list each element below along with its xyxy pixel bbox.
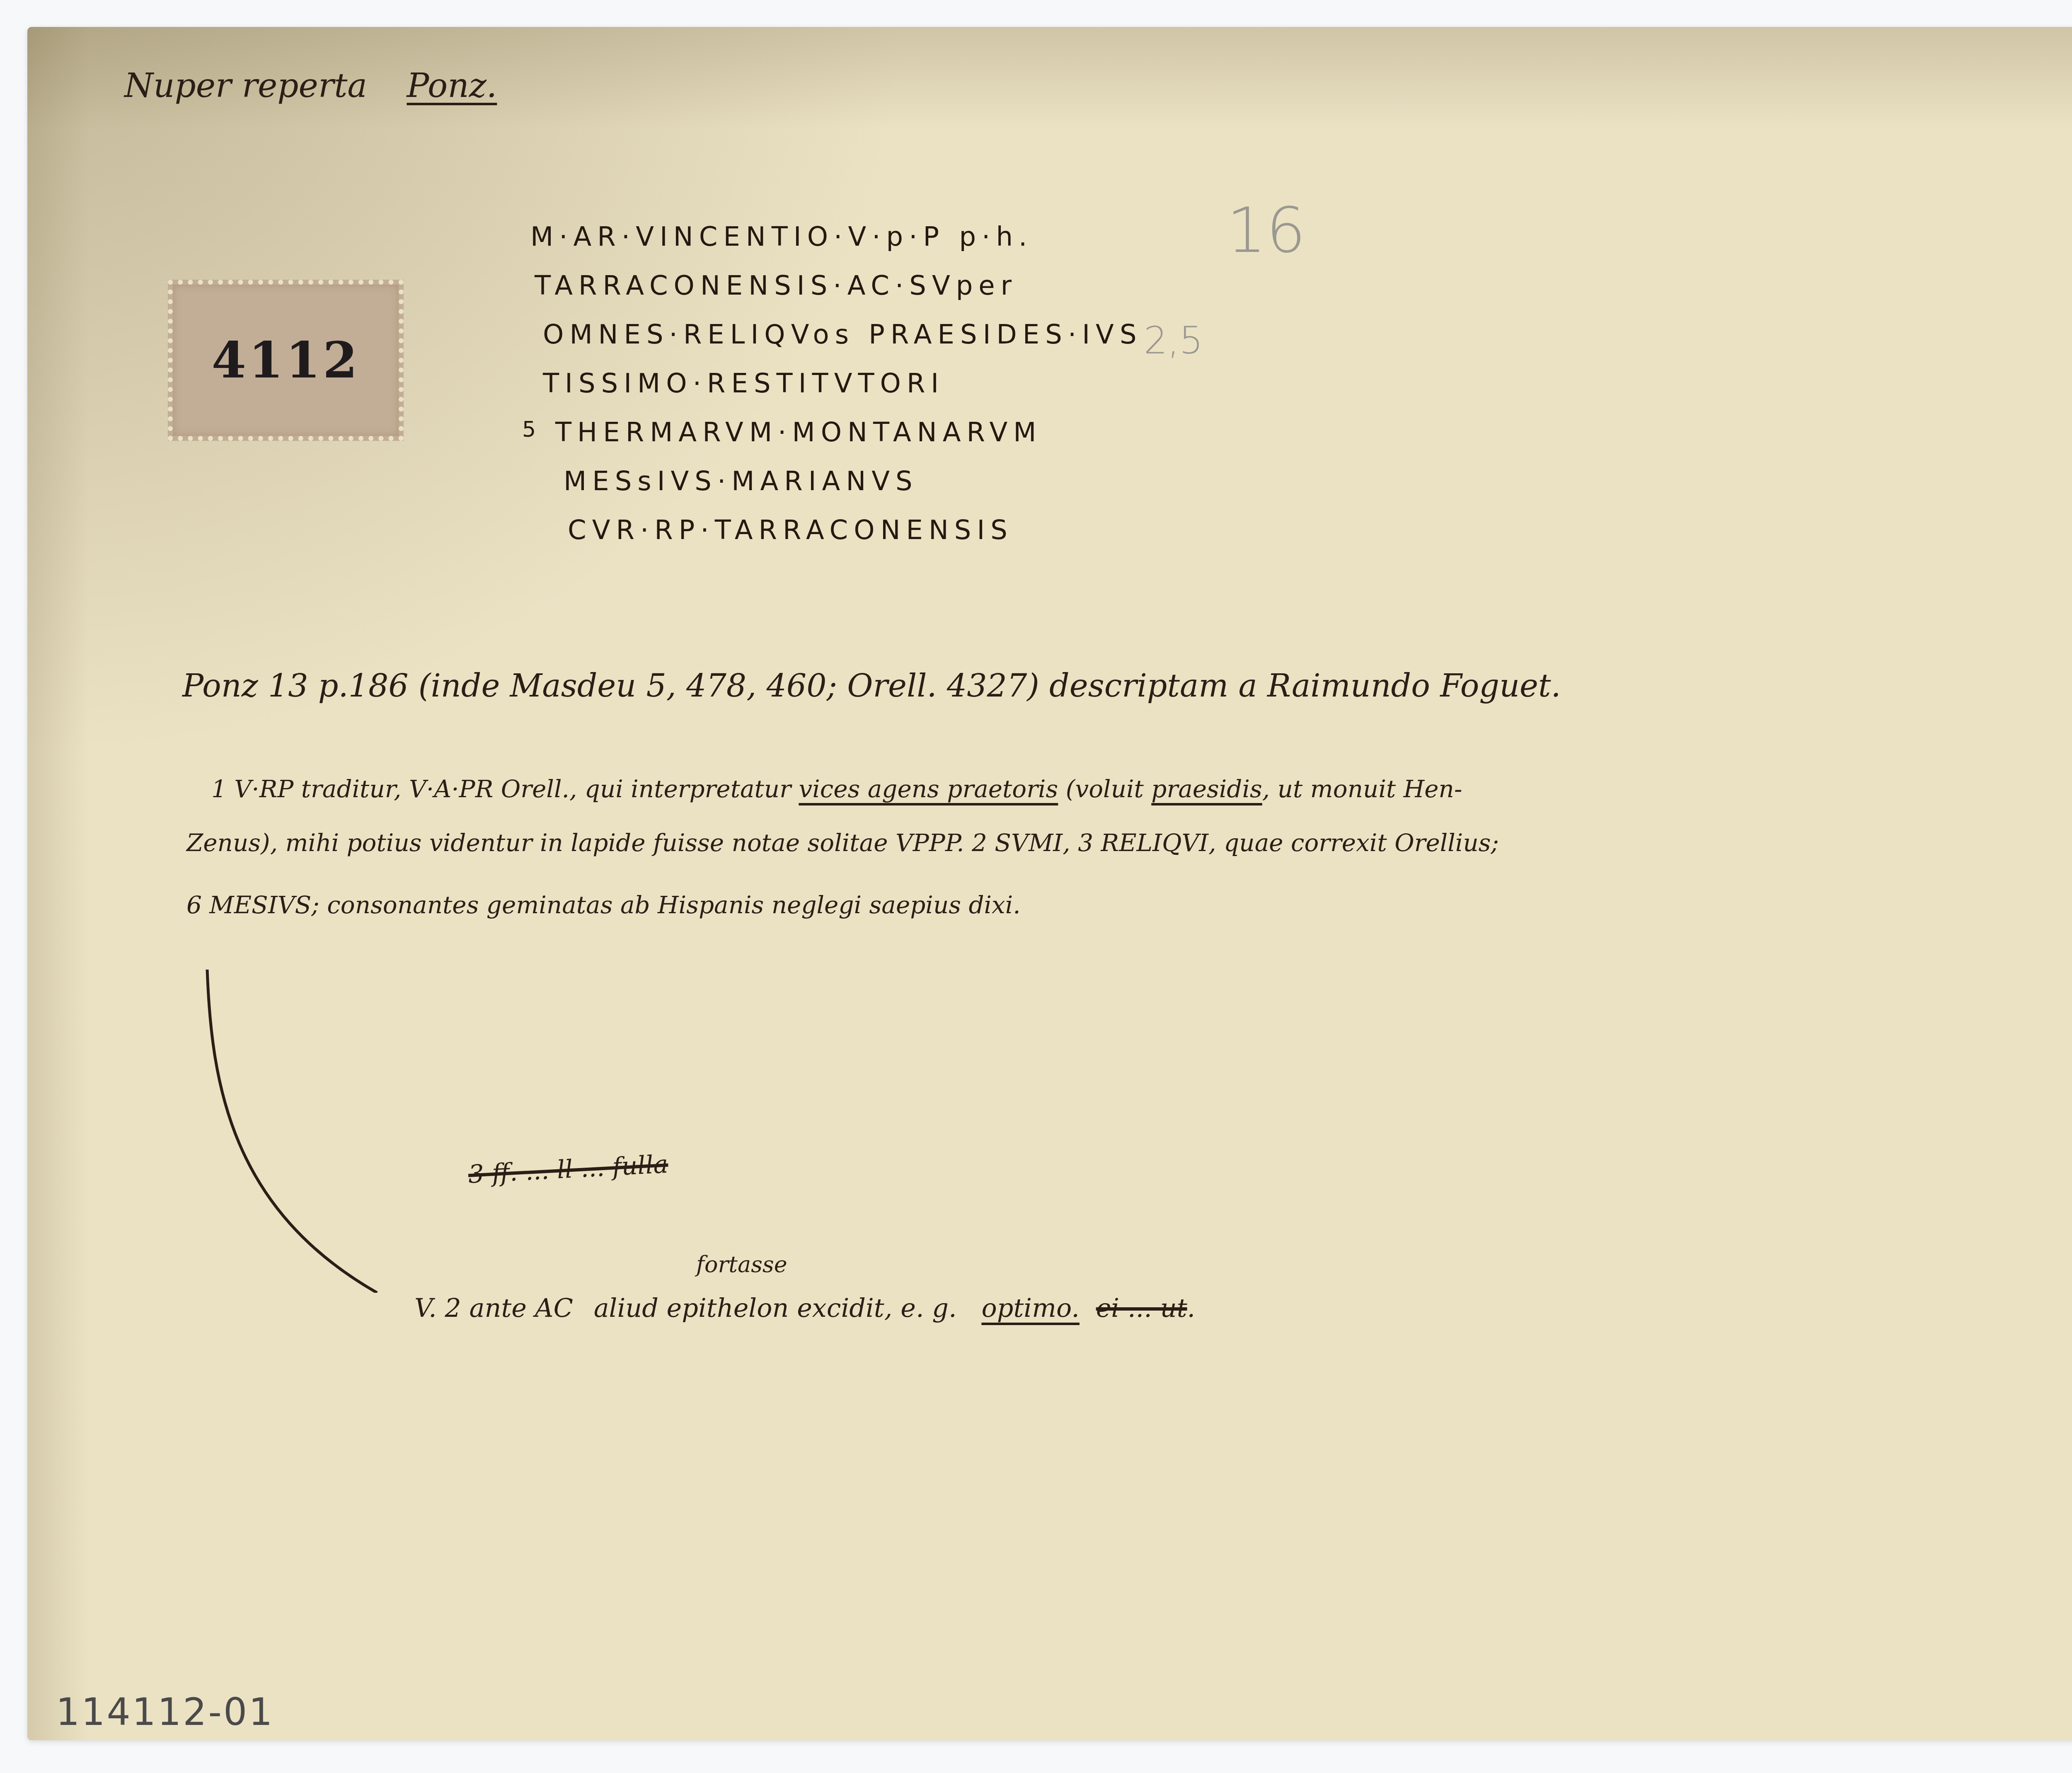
- pencil-mark-folio: 16: [1227, 195, 1306, 267]
- inscription-transcription: M·AR·VINCENTIO·V·p·P p·h. TARRACONENSIS·…: [530, 222, 1130, 564]
- inscription-line: CVR·RP·TARRACONENSIS: [568, 515, 1167, 564]
- stamp-number: 4112: [212, 331, 360, 389]
- inscription-line: TISSIMO·RESTITVTORI: [543, 368, 1143, 417]
- commentary-line-1: 1 V·RP traditur, V·A·PR Orell., qui inte…: [211, 775, 1462, 803]
- inscription-line: TARRACONENSIS·AC·SVper: [535, 271, 1134, 319]
- commentary-line-3: 6 MESIVS; consonantes geminatas ab Hispa…: [186, 891, 1021, 919]
- header-note: Nuper reperta Ponz.: [124, 66, 497, 105]
- catalogue-stamp: 4112: [168, 280, 404, 441]
- archive-id: 114112-01: [56, 1691, 274, 1734]
- header-note-text: Nuper reperta: [124, 66, 367, 105]
- inscription-line: MESsIVS·MARIANVS: [564, 466, 1163, 515]
- header-source: Ponz.: [407, 66, 497, 105]
- note-insert-above: fortasse: [696, 1251, 787, 1277]
- source-citation: Ponz 13 p.186 (inde Masdeu 5, 478, 460; …: [182, 667, 1561, 704]
- inscription-line: 5THERMARVM·MONTANARVM: [555, 417, 1155, 466]
- bottom-note: V. 2 ante AC aliud epithelon excidit, e.…: [414, 1293, 1195, 1323]
- commentary-line-2: Zenus), mihi potius videntur in lapide f…: [186, 829, 1499, 857]
- pencil-mark-number: 2,5: [1144, 319, 1203, 363]
- bracket-line: [199, 961, 390, 1293]
- line-number-5: 5: [522, 417, 542, 442]
- inscription-line: OMNES·RELIQVos PRAESIDES·IVS: [543, 319, 1143, 368]
- inscription-line: M·AR·VINCENTIO·V·p·P p·h.: [530, 222, 1130, 271]
